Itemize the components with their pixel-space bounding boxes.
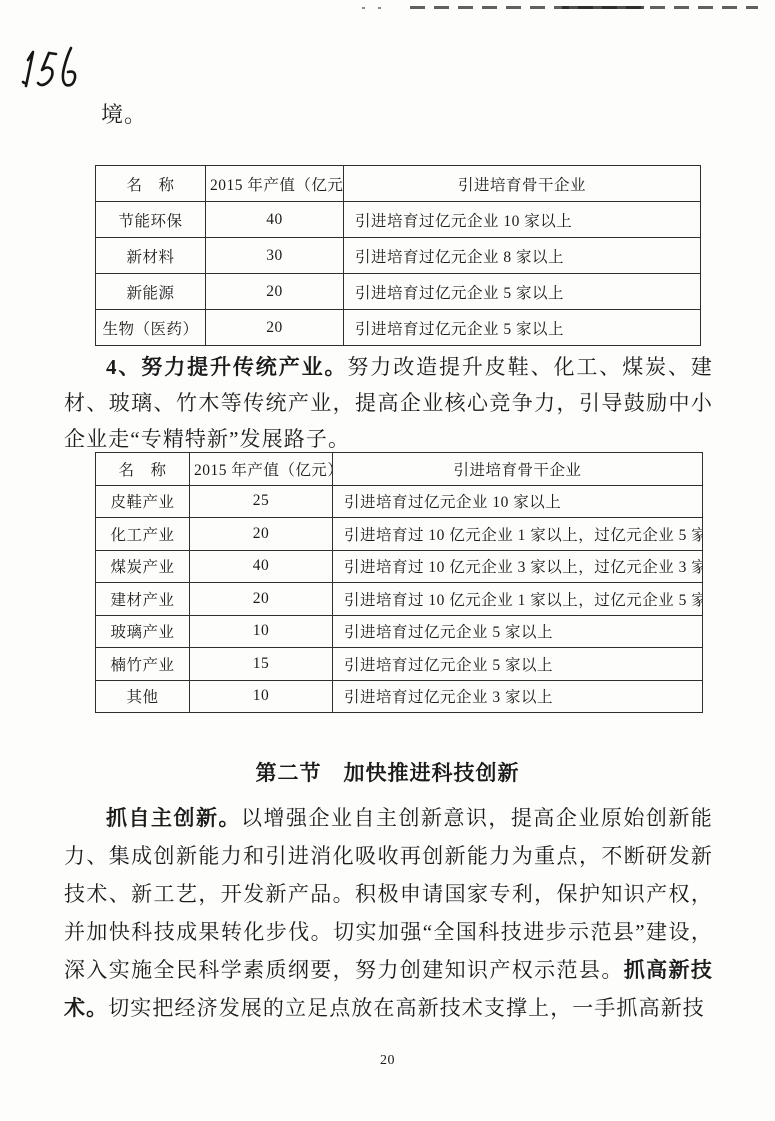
table-row: 生物（医药）20引进培育过亿元企业 5 家以上 (96, 310, 701, 346)
table-cell: 引进培育过 10 亿元企业 1 家以上，过亿元企业 5 家以上 (333, 583, 703, 616)
table-cell: 节能环保 (96, 202, 206, 238)
table-cell: 引进培育过 10 亿元企业 3 家以上，过亿元企业 3 家以上 (333, 550, 703, 583)
table-cell: 化工产业 (96, 518, 190, 551)
scan-artifact-dash-dark (562, 6, 644, 9)
text-segment: 抓自主创新。 (106, 806, 241, 830)
table-row: 其他10引进培育过亿元企业 3 家以上 (96, 680, 703, 713)
table-cell: 20 (190, 518, 333, 551)
table-cell: 皮鞋产业 (96, 485, 190, 518)
text-segment: 切实把经济发展的立足点放在高新技术支撑上，一手抓高新技 (108, 996, 705, 1020)
table-cell: 10 (190, 680, 333, 713)
table-cell: 新材料 (96, 238, 206, 274)
table-cell: 20 (206, 274, 344, 310)
table-cell: 引进培育过亿元企业 8 家以上 (344, 238, 701, 274)
table-cell: 玻璃产业 (96, 615, 190, 648)
table-cell: 40 (190, 550, 333, 583)
table-header-cell: 引进培育骨干企业 (344, 166, 701, 202)
table-cell: 引进培育过亿元企业 3 家以上 (333, 680, 703, 713)
section-heading: 第二节 加快推进科技创新 (0, 757, 775, 787)
text-segment: 4、努力提升传统产业。 (106, 355, 347, 379)
table-cell: 煤炭产业 (96, 550, 190, 583)
table-cell: 30 (206, 238, 344, 274)
table-cell: 引进培育过亿元企业 10 家以上 (344, 202, 701, 238)
table-cell: 15 (190, 648, 333, 681)
table-cell: 引进培育过亿元企业 5 家以上 (344, 310, 701, 346)
table-row: 新能源20引进培育过亿元企业 5 家以上 (96, 274, 701, 310)
table-cell: 引进培育过亿元企业 5 家以上 (344, 274, 701, 310)
table-row: 煤炭产业40引进培育过 10 亿元企业 3 家以上，过亿元企业 3 家以上 (96, 550, 703, 583)
table-row: 楠竹产业15引进培育过亿元企业 5 家以上 (96, 648, 703, 681)
table-cell: 10 (190, 615, 333, 648)
page-number: 20 (0, 1053, 775, 1069)
table-header-cell: 引进培育骨干企业 (333, 453, 703, 486)
table-cell: 25 (190, 485, 333, 518)
table-cell: 引进培育过亿元企业 10 家以上 (333, 485, 703, 518)
table-cell: 建材产业 (96, 583, 190, 616)
table-row: 节能环保40引进培育过亿元企业 10 家以上 (96, 202, 701, 238)
table-header-row: 名 称2015 年产值（亿元）引进培育骨干企业 (96, 453, 703, 486)
paragraph-traditional-industries: 4、努力提升传统产业。努力改造提升皮鞋、化工、煤炭、建材、玻璃、竹木等传统产业，… (64, 349, 713, 457)
emerging-industries-table: 名 称2015 年产值（亿元）引进培育骨干企业节能环保40引进培育过亿元企业 1… (95, 165, 701, 346)
table-cell: 生物（医药） (96, 310, 206, 346)
table-cell: 引进培育过 10 亿元企业 1 家以上，过亿元企业 5 家以上 (333, 518, 703, 551)
table-header-cell: 名 称 (96, 453, 190, 486)
scan-artifact-dots (362, 7, 388, 9)
table-cell: 引进培育过亿元企业 5 家以上 (333, 615, 703, 648)
table-cell: 引进培育过亿元企业 5 家以上 (333, 648, 703, 681)
table-cell: 楠竹产业 (96, 648, 190, 681)
table-cell: 20 (206, 310, 344, 346)
table-cell: 其他 (96, 680, 190, 713)
table-row: 新材料30引进培育过亿元企业 8 家以上 (96, 238, 701, 274)
table-header-cell: 2015 年产值（亿元） (206, 166, 344, 202)
table-header-row: 名 称2015 年产值（亿元）引进培育骨干企业 (96, 166, 701, 202)
paragraph-innovation: 抓自主创新。以增强企业自主创新意识，提高企业原始创新能力、集成创新能力和引进消化… (64, 799, 713, 1027)
text-segment: 以增强企业自主创新意识，提高企业原始创新能力、集成创新能力和引进消化吸收再创新能… (64, 806, 713, 982)
table-cell: 新能源 (96, 274, 206, 310)
handwriting-icon (16, 44, 82, 100)
table-row: 玻璃产业10引进培育过亿元企业 5 家以上 (96, 615, 703, 648)
traditional-industries-table: 名 称2015 年产值（亿元）引进培育骨干企业皮鞋产业25引进培育过亿元企业 1… (95, 452, 703, 713)
page-fragment-text: 境。 (101, 98, 147, 129)
table-cell: 40 (206, 202, 344, 238)
table-header-cell: 2015 年产值（亿元） (190, 453, 333, 486)
handwritten-page-mark (16, 44, 82, 100)
table-cell: 20 (190, 583, 333, 616)
table-row: 建材产业20引进培育过 10 亿元企业 1 家以上，过亿元企业 5 家以上 (96, 583, 703, 616)
table-row: 皮鞋产业25引进培育过亿元企业 10 家以上 (96, 485, 703, 518)
table-row: 化工产业20引进培育过 10 亿元企业 1 家以上，过亿元企业 5 家以上 (96, 518, 703, 551)
table-header-cell: 名 称 (96, 166, 206, 202)
